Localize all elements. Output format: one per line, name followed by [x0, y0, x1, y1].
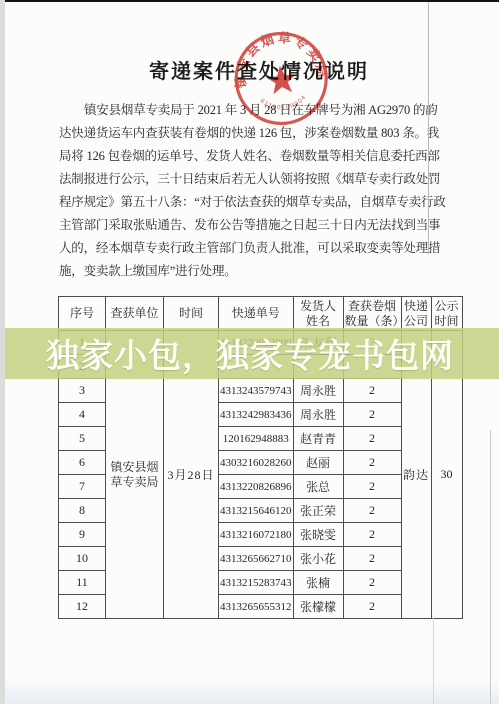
tracking-cell: 4313220826896 [219, 475, 294, 499]
serial-cell: 8 [59, 499, 106, 523]
stamp-star-icon [265, 64, 297, 95]
photo-bottom-shadow [0, 678, 499, 704]
tracking-cell: 4313215283743 [219, 571, 294, 595]
tracking-cell: 120162948883 [219, 427, 294, 451]
serial-cell: 4 [59, 403, 106, 427]
header-sender: 发货人姓名 [293, 297, 343, 331]
header-publicity: 公示时间 [431, 297, 462, 331]
stamp-serial-text: 61100100004 [258, 93, 309, 114]
paragraph-line: 程序规定》第五十八条：“对于依法查获的烟草专卖品，自烟草专卖行政 [59, 191, 435, 214]
page-right-edge [490, 430, 491, 704]
serial-cell: 5 [59, 427, 106, 451]
sender-name-cell: 周永胜 [293, 403, 343, 427]
paragraph-line: 主管部门采取张贴通告、发布公告等措施之日起三十日内无法找到当事 [59, 214, 435, 237]
serial-cell: 3 [59, 379, 106, 403]
header-serial: 序号 [59, 297, 106, 331]
header-courier: 快递公司 [401, 297, 431, 331]
serial-cell: 9 [59, 523, 106, 547]
tracking-cell: 4313243579743 [219, 379, 294, 403]
sender-name-cell: 张小花 [293, 547, 343, 571]
photo-top-edge [0, 0, 499, 2]
page-crease-line-bottom [433, 618, 434, 704]
quantity-cell: 2 [343, 523, 401, 547]
header-tracking: 快递单号 [219, 297, 294, 331]
quantity-cell: 2 [343, 547, 401, 571]
sender-name-cell: 张晓雯 [293, 523, 343, 547]
paragraph-line: 局将 126 包卷烟的运单号、发货人姓名、卷烟数量等相关信息委托西部 [59, 145, 435, 168]
header-quantity: 查获卷烟数量（条） [343, 297, 401, 331]
serial-cell: 10 [59, 547, 106, 571]
document-photo: 寄递案件查处情况说明 镇安县烟草专卖局 61100100004 镇安县烟草专卖局… [0, 0, 499, 704]
quantity-cell: 2 [343, 379, 401, 403]
quantity-cell: 2 [343, 571, 401, 595]
photo-left-edge [0, 0, 5, 704]
serial-cell: 7 [59, 475, 106, 499]
sender-name-cell: 张檬檬 [293, 595, 343, 619]
sender-name-cell: 张正荣 [293, 499, 343, 523]
paragraph-line: 施，变卖款上缴国库”进行处理。 [59, 260, 435, 283]
tracking-cell: 4313265655312 [219, 595, 294, 619]
watermark-text: 独家小包，独家专宠书包网 [0, 330, 454, 377]
sender-name-cell: 赵丽 [293, 451, 343, 475]
svg-text:61100100004: 61100100004 [258, 93, 309, 114]
tracking-cell: 4313242983436 [219, 403, 294, 427]
quantity-cell: 2 [343, 475, 401, 499]
watermark-banner: 独家小包，独家专宠书包网 [0, 328, 499, 379]
sender-name-cell: 张楠 [293, 571, 343, 595]
tracking-cell: 4313216072180 [219, 523, 294, 547]
tracking-cell: 4313215646120 [219, 499, 294, 523]
serial-cell: 11 [59, 571, 106, 595]
serial-cell: 12 [59, 595, 106, 619]
quantity-cell: 2 [343, 427, 401, 451]
tracking-cell: 4313265662710 [219, 547, 294, 571]
quantity-cell: 2 [343, 451, 401, 475]
sender-name-cell: 赵青青 [293, 427, 343, 451]
sender-name-cell: 周永胜 [293, 379, 343, 403]
header-date: 时间 [164, 297, 219, 331]
red-seal-stamp-icon: 镇安县烟草专卖局 61100100004 [226, 20, 336, 133]
sender-name-cell: 张总 [293, 475, 343, 499]
quantity-cell: 2 [343, 595, 401, 619]
tracking-cell: 4303216028260 [219, 451, 294, 475]
header-unit: 查获单位 [106, 297, 164, 331]
quantity-cell: 2 [343, 403, 401, 427]
quantity-cell: 2 [343, 499, 401, 523]
paragraph-line: 人的，经本烟草专卖行政主管部门负责人批准，可以采取变卖等处理措 [59, 237, 435, 260]
paragraph-line: 法制报进行公示，三十日结束后若无人认领将按照《烟草专卖行政处罚 [59, 168, 435, 191]
serial-cell: 6 [59, 451, 106, 475]
table-header-row: 序号 查获单位 时间 快递单号 发货人姓名 查获卷烟数量（条） 快递公司 公示时… [59, 297, 463, 331]
page-crease-line [428, 2, 429, 254]
